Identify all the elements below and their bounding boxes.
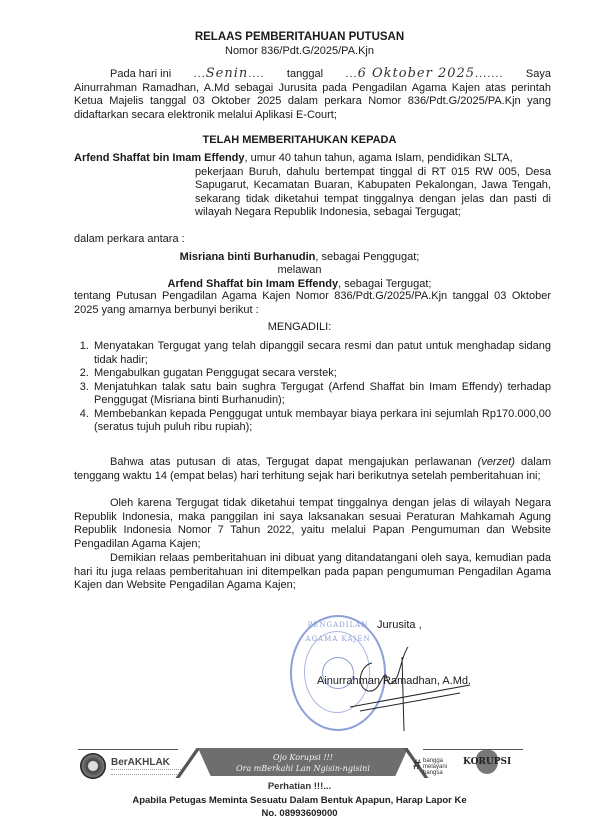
berakhlak-text: BerAKHLAK [111, 756, 170, 770]
day-handwritten: Senin [206, 66, 249, 81]
opening-paragraph: Pada hari ini ...Senin.... tanggal ...6 … [74, 67, 551, 122]
opening-prefix: Pada hari ini [110, 68, 171, 82]
notified-details: , umur 40 tahun tahun, agama Islam, pend… [245, 152, 513, 164]
bangga-melayani-logo: bangga melayani bangsa [423, 758, 447, 776]
plaintiff-name: Misriana binti Burhanudin [180, 251, 316, 263]
notified-name: Arfend Shaffat bin Imam Effendy [74, 152, 245, 164]
verdict-item: Menjatuhkan talak satu bain sughra Tergu… [92, 381, 551, 408]
verdict-item: Menyatakan Tergugat yang telah dipanggil… [92, 340, 551, 367]
defendant-role: , sebagai Tergugat; [338, 278, 431, 290]
slogan-line-2: Ora mBerkahi Lan Ngisin-ngisini [198, 762, 408, 776]
verdict-item: Mengabulkan gugatan Penggugat secara ver… [92, 367, 551, 381]
document-page: RELAAS PEMBERITAHUAN PUTUSAN Nomor 836/P… [0, 0, 599, 837]
opening-body: Ainurrahman Ramadhan, A.Md sebagai Jurus… [74, 82, 551, 123]
date-label: tanggal [287, 68, 323, 82]
announcement-paragraph: Oleh karena Tergugat tidak diketahui tem… [74, 497, 551, 551]
bangsa-word: bangsa [423, 770, 447, 776]
anti-corruption-slogan: Ojo Korupsi !!! Ora mBerkahi Lan Ngisin-… [198, 748, 408, 776]
notice-text: Apabila Petugas Meminta Sesuatu Dalam Be… [0, 794, 599, 808]
notified-address: pekerjaan Buruh, dahulu bertempat tingga… [74, 166, 551, 220]
signer-role: Jurusita , [377, 619, 422, 633]
signature-block: PENGADILAN AGAMA KAJEN Jurusita , Ainurr… [280, 605, 520, 740]
no-korupsi-logo: KORUPSI [463, 756, 511, 770]
hashtag-icon: # [413, 758, 421, 772]
notified-heading: TELAH MEMBERITAHUKAN KEPADA [0, 134, 599, 148]
berakhlak-logo: BerAKHLAK [78, 751, 188, 783]
date-handwritten: 6 Oktober 2025 [358, 66, 475, 81]
verdict-item: Membebankan kepada Penggugat untuk memba… [92, 408, 551, 435]
plaintiff-line: Misriana binti Burhanudin, sebagai Pengg… [0, 251, 599, 265]
date-field: ...6 Oktober 2025....... [345, 67, 503, 82]
ruling-intro: tentang Putusan Pengadilan Agama Kajen N… [74, 290, 551, 317]
plaintiff-role: , sebagai Penggugat; [315, 251, 419, 263]
closing-paragraph: Demikian relaas pemberitahuan ini dibuat… [74, 552, 551, 593]
versus-label: melawan [0, 264, 599, 278]
shield-icon [80, 753, 106, 779]
notified-party: Arfend Shaffat bin Imam Effendy, umur 40… [74, 152, 551, 220]
defendant-name: Arfend Shaffat bin Imam Effendy [168, 278, 339, 290]
after-date: Saya [526, 68, 551, 82]
verzet-paragraph: Bahwa atas putusan di atas, Tergugat dap… [74, 456, 551, 483]
signer-name: Ainurrahman Ramadhan, A.Md. [317, 675, 471, 689]
verzet-text-a: Bahwa atas putusan di atas, Tergugat dap… [110, 456, 478, 468]
report-phone: No. 08993609000 [0, 807, 599, 821]
day-field: ...Senin.... [194, 67, 265, 82]
notice-title: Perhatian !!!... [0, 780, 599, 794]
verdict-list: Menyatakan Tergugat yang telah dipanggil… [74, 340, 551, 435]
verzet-term: (verzet) [478, 456, 515, 468]
ruling-heading: MENGADILI: [0, 321, 599, 335]
case-intro: dalam perkara antara : [74, 233, 551, 247]
case-number: Nomor 836/Pdt.G/2025/PA.Kjn [0, 45, 599, 59]
document-title: RELAAS PEMBERITAHUAN PUTUSAN [0, 31, 599, 45]
